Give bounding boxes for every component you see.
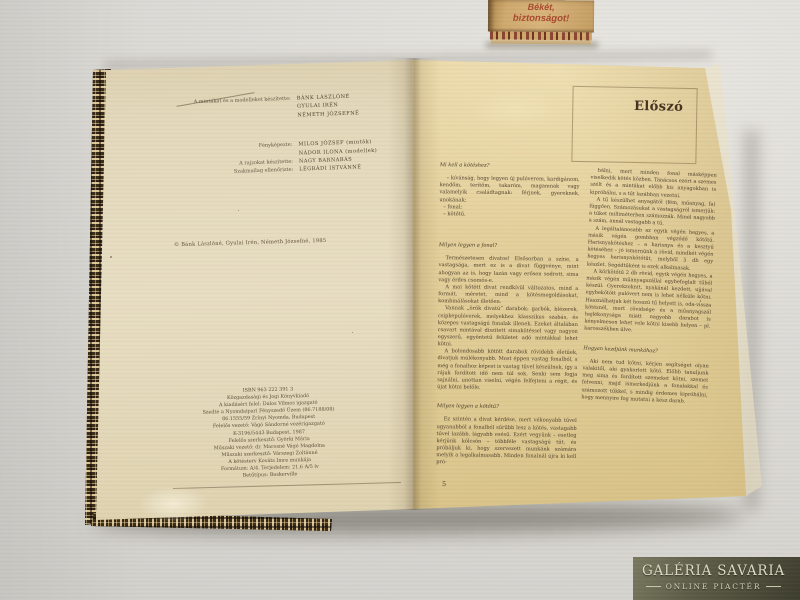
paper-speck [700, 300, 701, 302]
dash-ornament [766, 586, 781, 587]
paper-speck [352, 332, 353, 333]
section-heading: Milyen legyen a fonal? [439, 242, 579, 251]
section-heading: Milyen legyen a kötőtű? [437, 403, 577, 412]
paragraph: A körkötőtű 2 db rövid, egyik végén hegy… [584, 268, 713, 338]
paragraph: – kívánság, hogy legyen új pulóverem, ka… [439, 175, 579, 205]
paper-speck [110, 256, 112, 258]
paragraph: A mai kötött divat rendkívül változatos,… [438, 284, 578, 307]
book-product-photo: A mintákat és a modelleket készítette: B… [0, 0, 800, 600]
watermark-title: GALÉRIA SAVARIA [633, 563, 794, 579]
paper-speck [238, 210, 239, 211]
dash-ornament [646, 586, 661, 587]
imprint-colophon: ISBN 963 222 391 3 Közgazdasági és Jogi … [127, 384, 411, 483]
paper-stain [470, 90, 560, 130]
section-heading: Hogyan kezdjünk munkához? [583, 345, 709, 357]
paragraph: A bolondosabb kötött darabok rövidebb él… [437, 348, 578, 393]
matchbox-text-line2: biztonságot! [488, 12, 594, 24]
watermark-badge: GALÉRIA SAVARIA ONLINE PIACTÉR [633, 557, 800, 600]
matchbox-prop: Békét, biztonságot! [488, 0, 594, 45]
text-column-left: Mi kell a kötéshez? – kívánság, hogy leg… [436, 162, 580, 468]
matchbox-text-line1: Békét, [488, 1, 594, 12]
paragraph: Aki nem tud kötni, kérjen segítséget oly… [581, 358, 709, 406]
section-heading: Mi kell a kötéshez? [440, 162, 580, 171]
paragraph: A legáltalánosabb az egyik végén hegyes,… [587, 225, 715, 273]
list-line: – kötőtű. [439, 211, 579, 220]
watermark-subtitle: ONLINE PIACTÉR [666, 582, 762, 591]
preface-heading: Előszó [634, 99, 684, 115]
paragraph: Természetesen divatos! Elsősorban a szín… [438, 255, 578, 285]
paragraph: Ez szintén a divat kérdése, mert vékonya… [436, 417, 577, 469]
page-number: 5 [442, 480, 446, 488]
text-column-right: bálni, mert minden fonal másképpen visel… [581, 167, 717, 406]
matchbox-face: Békét, biztonságot! [488, 0, 594, 33]
watermark-subtitle-row: ONLINE PIACTÉR [633, 582, 794, 591]
paragraph: Vannak „örök divatú” darabok: garbók, bl… [438, 305, 579, 350]
credits-block: A mintákat és a modelleket készítette: B… [157, 91, 414, 180]
preface-heading-box: Előszó [571, 86, 697, 164]
